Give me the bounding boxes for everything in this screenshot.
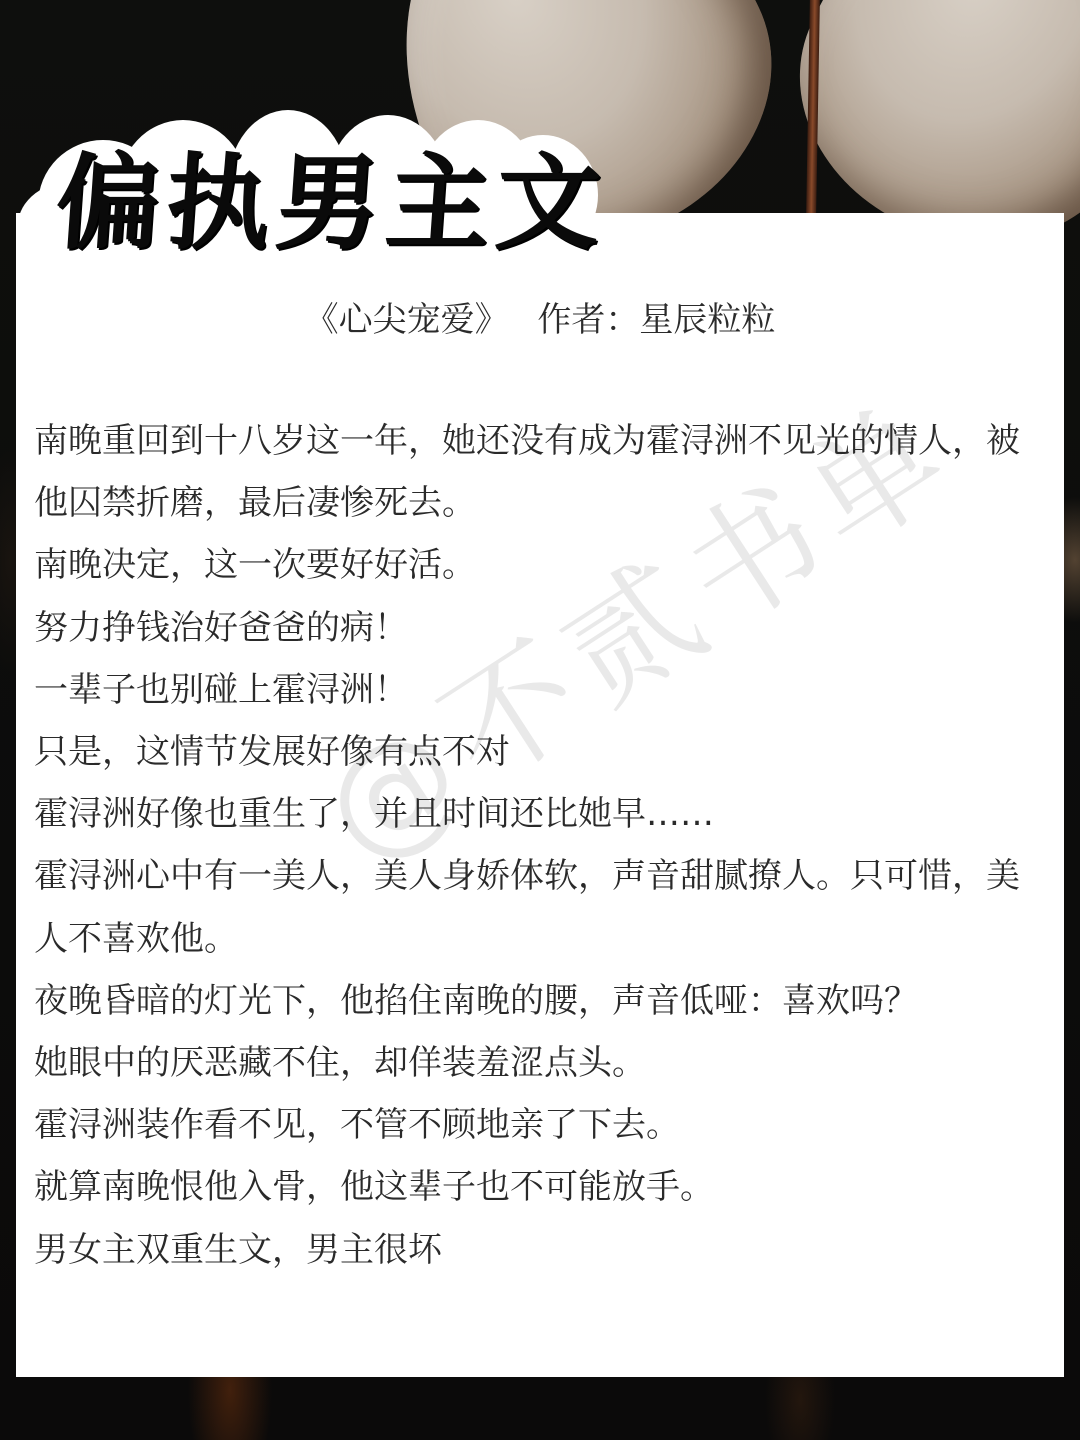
synopsis-paragraph: 只是，这情节发展好像有点不对	[34, 721, 1034, 783]
synopsis: 南晚重回到十八岁这一年，她还没有成为霍浔洲不见光的情人，被他囚禁折磨，最后凄惨死…	[34, 410, 1034, 1281]
synopsis-paragraph: 霍浔洲装作看不见，不管不顾地亲了下去。	[34, 1094, 1034, 1156]
synopsis-paragraph: 霍浔洲心中有一美人，美人身娇体软，声音甜腻撩人。只可惜，美人不喜欢他。	[34, 845, 1034, 969]
synopsis-paragraph: 她眼中的厌恶藏不住，却佯装羞涩点头。	[34, 1032, 1034, 1094]
synopsis-paragraph: 南晚决定，这一次要好好活。	[34, 534, 1034, 596]
page-title: 偏执男主文	[51, 138, 610, 268]
synopsis-paragraph: 南晚重回到十八岁这一年，她还没有成为霍浔洲不见光的情人，被他囚禁折磨，最后凄惨死…	[34, 410, 1034, 534]
synopsis-paragraph: 霍浔洲好像也重生了，并且时间还比她早……	[34, 783, 1034, 845]
synopsis-paragraph: 一辈子也别碰上霍浔洲！	[34, 659, 1034, 721]
author-name: 星辰粒粒	[639, 300, 775, 340]
book-title: 《心尖宠爱》	[305, 300, 509, 340]
synopsis-paragraph: 男女主双重生文，男主很坏	[34, 1219, 1034, 1281]
author-label: 作者：	[537, 300, 639, 340]
synopsis-paragraph: 夜晚昏暗的灯光下，他掐住南晚的腰，声音低哑：喜欢吗？	[34, 970, 1034, 1032]
synopsis-paragraph: 努力挣钱治好爸爸的病！	[34, 597, 1034, 659]
book-info: 《心尖宠爱》 作者：星辰粒粒	[0, 292, 1080, 348]
synopsis-paragraph: 就算南晚恨他入骨，他这辈子也不可能放手。	[34, 1156, 1034, 1218]
